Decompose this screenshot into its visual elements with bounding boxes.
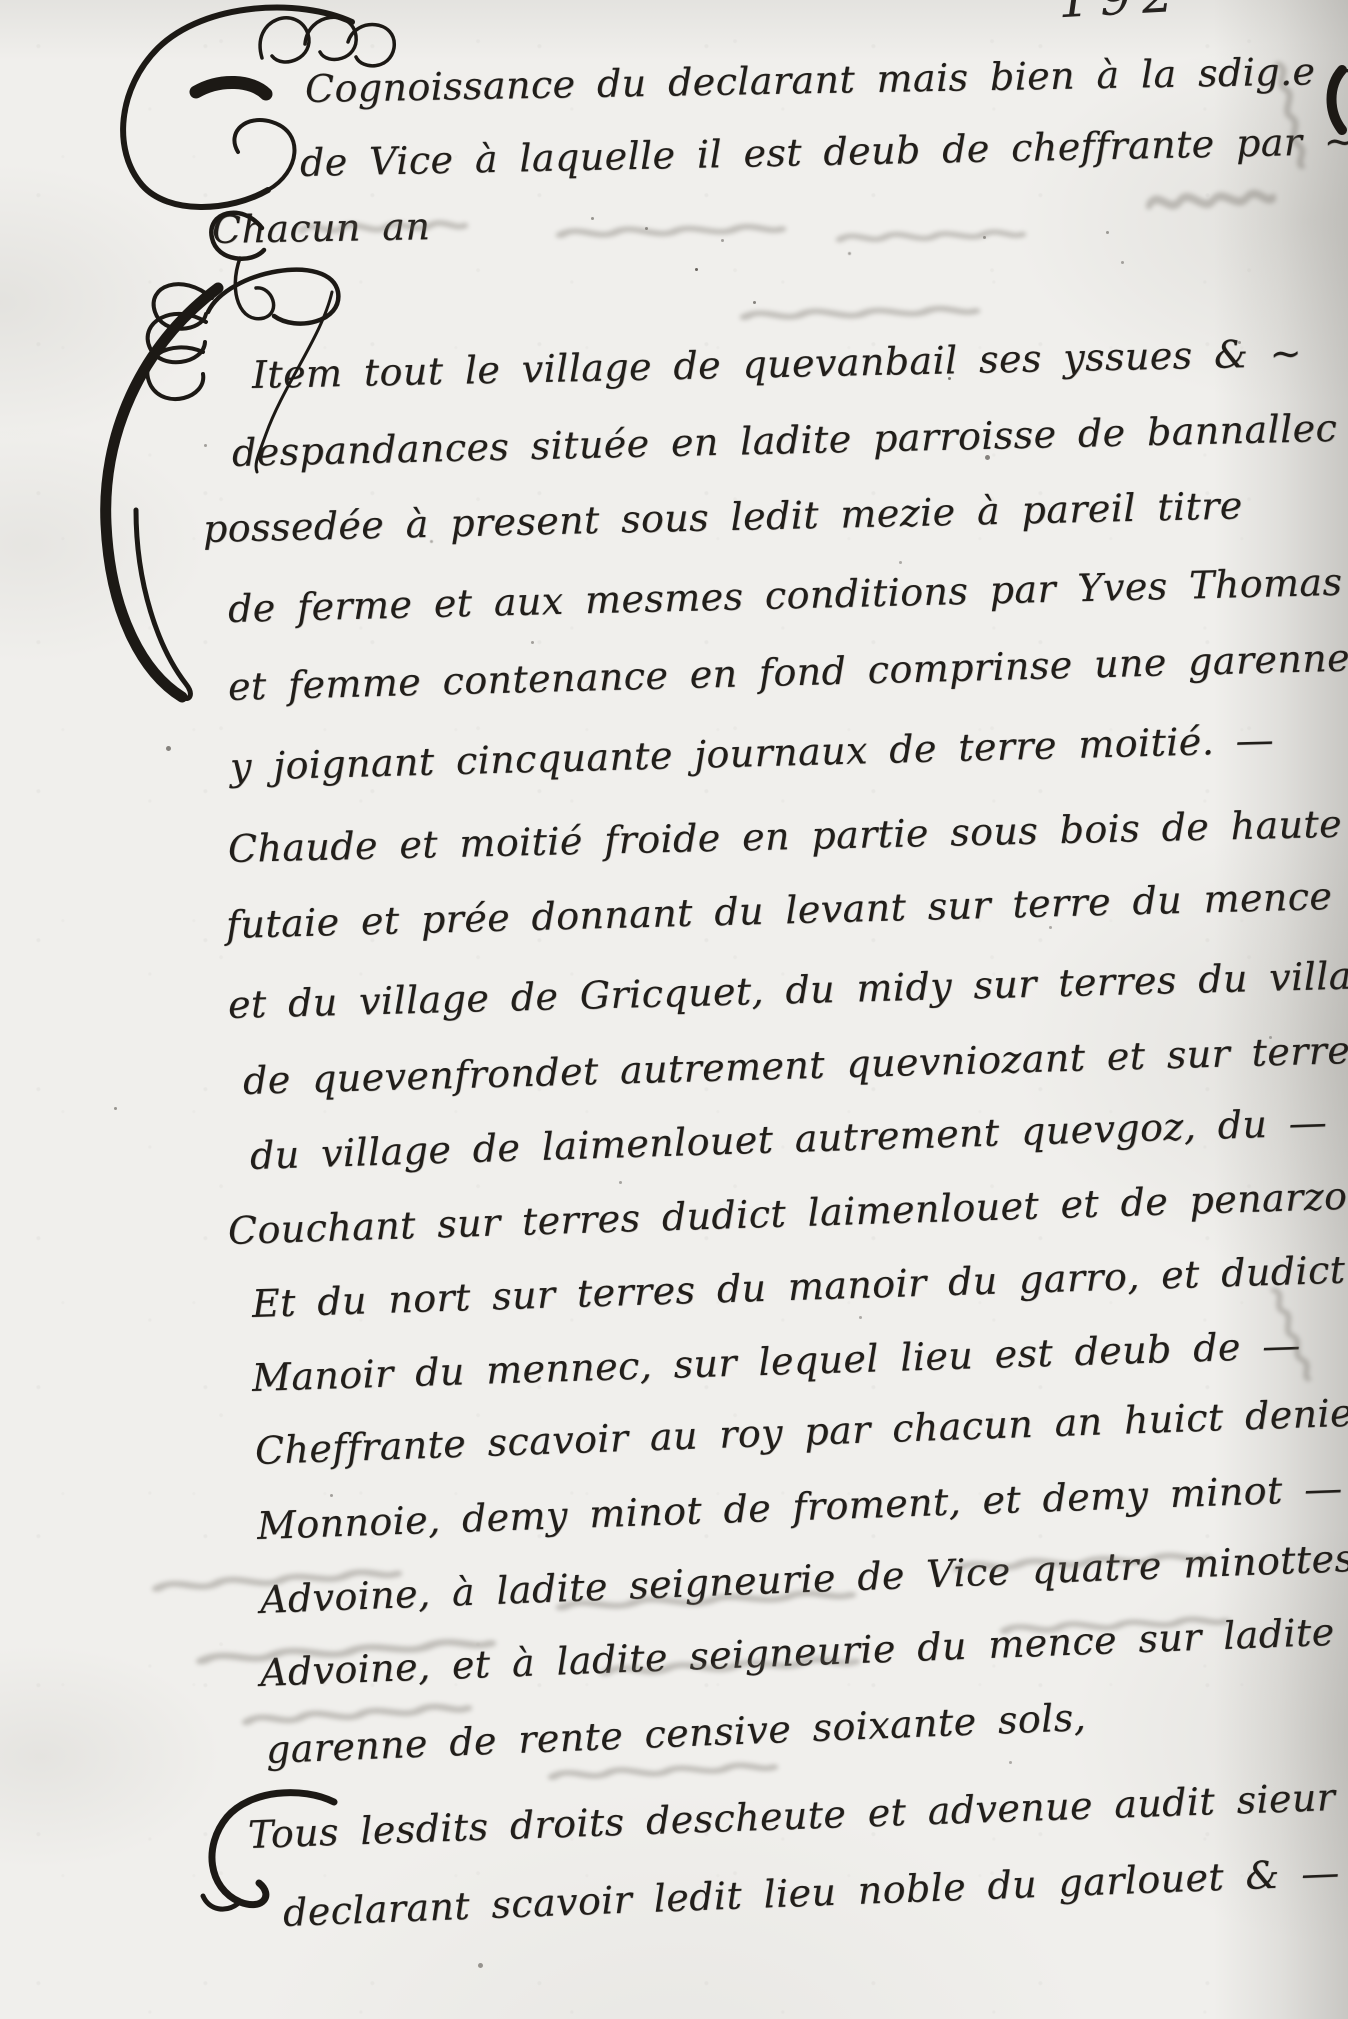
- bleed-through-text: [836, 222, 1026, 249]
- manuscript-line: Tous lesdits droits descheute et advenue…: [247, 1774, 1336, 1858]
- ink-specks: [0, 0, 3, 3]
- manuscript-line: Monnoie, demy minot de froment, et demy …: [256, 1465, 1343, 1549]
- manuscript-line: de quevenfrondet autrement quevniozant e…: [242, 1027, 1348, 1104]
- manuscript-page: 192 Cognoissance du declarant mais bien …: [0, 0, 1348, 2019]
- manuscript-line: Manoir du mennec, sur lequel lieu est de…: [251, 1322, 1301, 1401]
- manuscript-line: Chacun an: [212, 203, 431, 253]
- manuscript-line: garenne de rente censive soixante sols,: [265, 1694, 1087, 1773]
- manuscript-line: Couchant sur terres dudict laimenlouet e…: [227, 1172, 1348, 1254]
- manuscript-line: Advoine, à ladite seigneurie de Vice qua…: [259, 1535, 1348, 1623]
- manuscript-line: Item tout le village de quevanbail ses y…: [252, 330, 1303, 398]
- manuscript-line: despandances située en ladite parroisse …: [231, 405, 1337, 476]
- manuscript-line: Et du nort sur terres du manoir du garro…: [251, 1247, 1346, 1327]
- manuscript-line: et du village de Gricquet, du midy sur t…: [227, 951, 1348, 1028]
- manuscript-line: y joignant cincquante journaux de terre …: [229, 717, 1274, 790]
- manuscript-line: Cheffrante scavoir au roy par chacun an …: [254, 1388, 1348, 1474]
- folio-number: 192: [1057, 0, 1185, 29]
- manuscript-line: de Vice à laquelle il est deub de cheffr…: [300, 118, 1348, 186]
- manuscript-line: futaie et prée donnant du levant sur ter…: [225, 873, 1332, 948]
- manuscript-line: Advoine, et à ladite seigneurie du mence…: [259, 1609, 1335, 1696]
- manuscript-line: possedée à present sous ledit mezie à pa…: [202, 482, 1243, 552]
- manuscript-line: Cognoissance du declarant mais bien à la…: [305, 47, 1348, 112]
- manuscript-line: du village de laimenlouet autrement quev…: [249, 1099, 1327, 1179]
- bleed-through-text: [1145, 178, 1276, 223]
- bleed-through-text: [740, 298, 980, 328]
- manuscript-line: Chaude et moitié froide en partie sous b…: [227, 801, 1342, 872]
- manuscript-line: de ferme et aux mesmes conditions par Yv…: [227, 559, 1342, 632]
- initial-item-flourish: [106, 270, 339, 699]
- bleed-through-text: [556, 216, 786, 246]
- manuscript-line: et femme contenance en fond comprinse un…: [227, 635, 1348, 710]
- manuscript-line: declarant scavoir ledit lieu noble du ga…: [282, 1849, 1340, 1936]
